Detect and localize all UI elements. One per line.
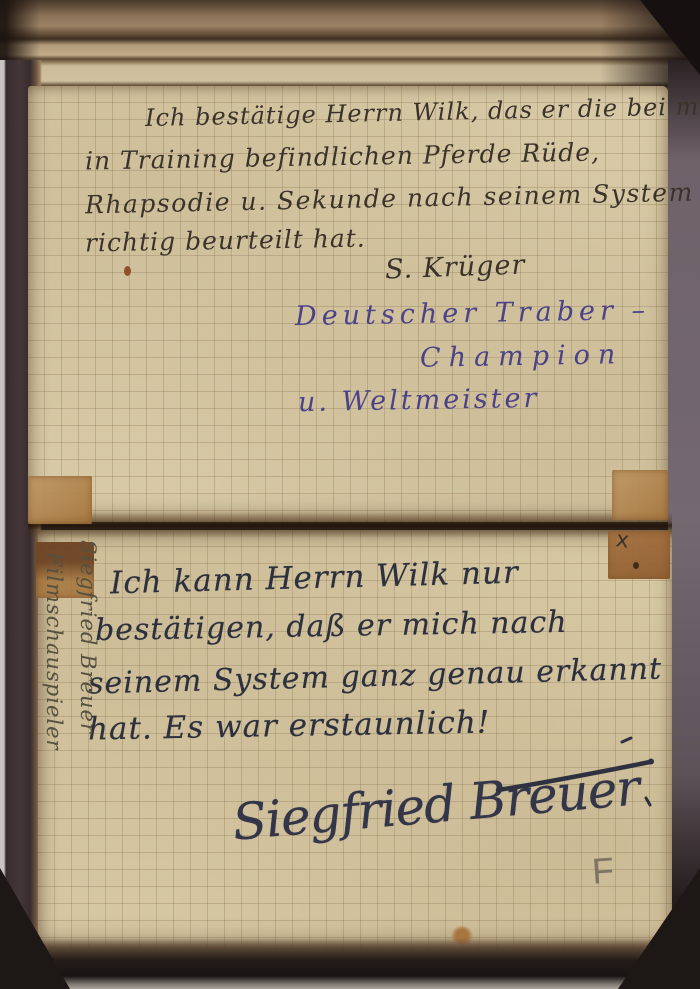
- page-fold-seam: [28, 512, 672, 538]
- pencil-f-mark: F: [591, 849, 616, 892]
- ink-speck: [633, 562, 639, 569]
- margin-note-name: Siegfried Breuer: [76, 540, 100, 734]
- tape-patch-top-page-left: [28, 476, 92, 524]
- bottom-entry-line-4: hat. Es war erstaunlich!: [88, 704, 491, 747]
- top-entry-line-4: richtig beurteilt hat.: [85, 224, 366, 258]
- book-cover-bottom-edge: [0, 938, 700, 989]
- title-line-3: u. Weltmeister: [298, 383, 540, 418]
- title-line-2: Champion: [420, 339, 624, 374]
- title-line-1: Deutscher Traber –: [295, 295, 650, 332]
- margin-note-profession: Filmschauspieler: [42, 552, 66, 751]
- page-stack-top-edge: [0, 0, 700, 90]
- tape-patch-top-page-right: [612, 470, 668, 520]
- autograph-book-scan: Ich bestätige Herrn Wilk, das er die bei…: [0, 0, 700, 989]
- rust-stain: [124, 266, 131, 276]
- signature-flourish-stroke: [470, 730, 680, 820]
- krueger-signature: S. Krüger: [385, 250, 526, 286]
